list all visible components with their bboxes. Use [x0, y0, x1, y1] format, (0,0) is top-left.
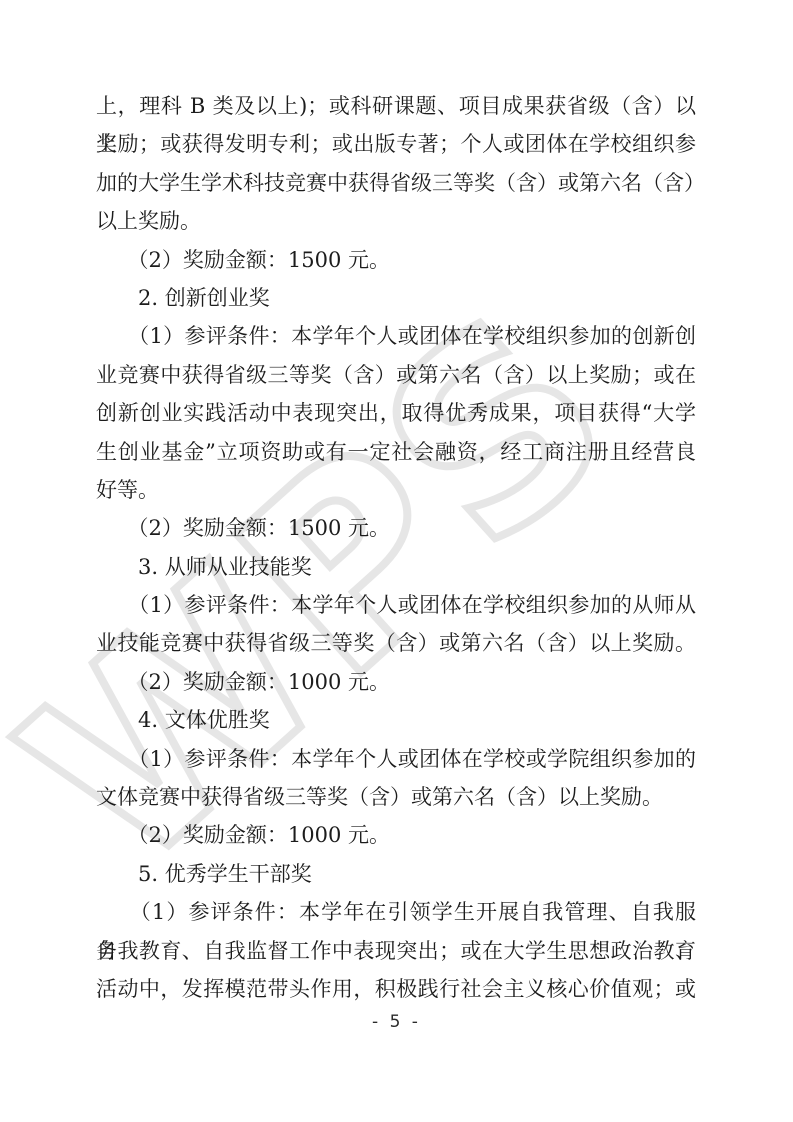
- text-line: 奖励；或获得发明专利；或出版专著；个人或团体在学校组织参: [96, 125, 696, 163]
- text-line: 好等。: [96, 471, 696, 509]
- document-text-block: 上，理科 B 类及以上)；或科研课题、项目成果获省级（含）以上奖励；或获得发明专…: [96, 87, 696, 1008]
- text-line: 生创业基金”立项资助或有一定社会融资，经工商注册且经营良: [96, 433, 696, 471]
- text-line: 3. 从师从业技能奖: [96, 548, 696, 586]
- text-line: 以上奖励。: [96, 202, 696, 240]
- text-line: 文体竞赛中获得省级三等奖（含）或第六名（含）以上奖励。: [96, 778, 696, 816]
- text-line: 4. 文体优胜奖: [96, 701, 696, 739]
- text-line: 上，理科 B 类及以上)；或科研课题、项目成果获省级（含）以上: [96, 87, 696, 125]
- text-line: 活动中，发挥模范带头作用，积极践行社会主义核心价值观；或: [96, 970, 696, 1008]
- text-line: （2）奖励金额：1000 元。: [96, 663, 696, 701]
- text-line: 创新创业实践活动中表现突出，取得优秀成果，项目获得“大学: [96, 394, 696, 432]
- text-line: 加的大学生学术科技竞赛中获得省级三等奖（含）或第六名（含）: [96, 164, 696, 202]
- text-line: （1）参评条件：本学年个人或团体在学校组织参加的创新创: [96, 317, 696, 355]
- text-line: 自我教育、自我监督工作中表现突出；或在大学生思想政治教育: [96, 932, 696, 970]
- text-line: 业技能竞赛中获得省级三等奖（含）或第六名（含）以上奖励。: [96, 624, 696, 662]
- text-line: （1）参评条件：本学年个人或团体在学校或学院组织参加的: [96, 740, 696, 778]
- text-line: 5. 优秀学生干部奖: [96, 855, 696, 893]
- page-number: - 5 -: [0, 1012, 793, 1032]
- text-line: （2）奖励金额：1500 元。: [96, 509, 696, 547]
- text-line: 2. 创新创业奖: [96, 279, 696, 317]
- document-page: WPS 上，理科 B 类及以上)；或科研课题、项目成果获省级（含）以上奖励；或获…: [0, 0, 793, 1122]
- text-line: 业竞赛中获得省级三等奖（含）或第六名（含）以上奖励；或在: [96, 356, 696, 394]
- text-line: （2）奖励金额：1000 元。: [96, 816, 696, 854]
- text-line: （1）参评条件：本学年在引领学生开展自我管理、自我服务、: [96, 893, 696, 931]
- text-line: （1）参评条件：本学年个人或团体在学校组织参加的从师从: [96, 586, 696, 624]
- text-line: （2）奖励金额：1500 元。: [96, 241, 696, 279]
